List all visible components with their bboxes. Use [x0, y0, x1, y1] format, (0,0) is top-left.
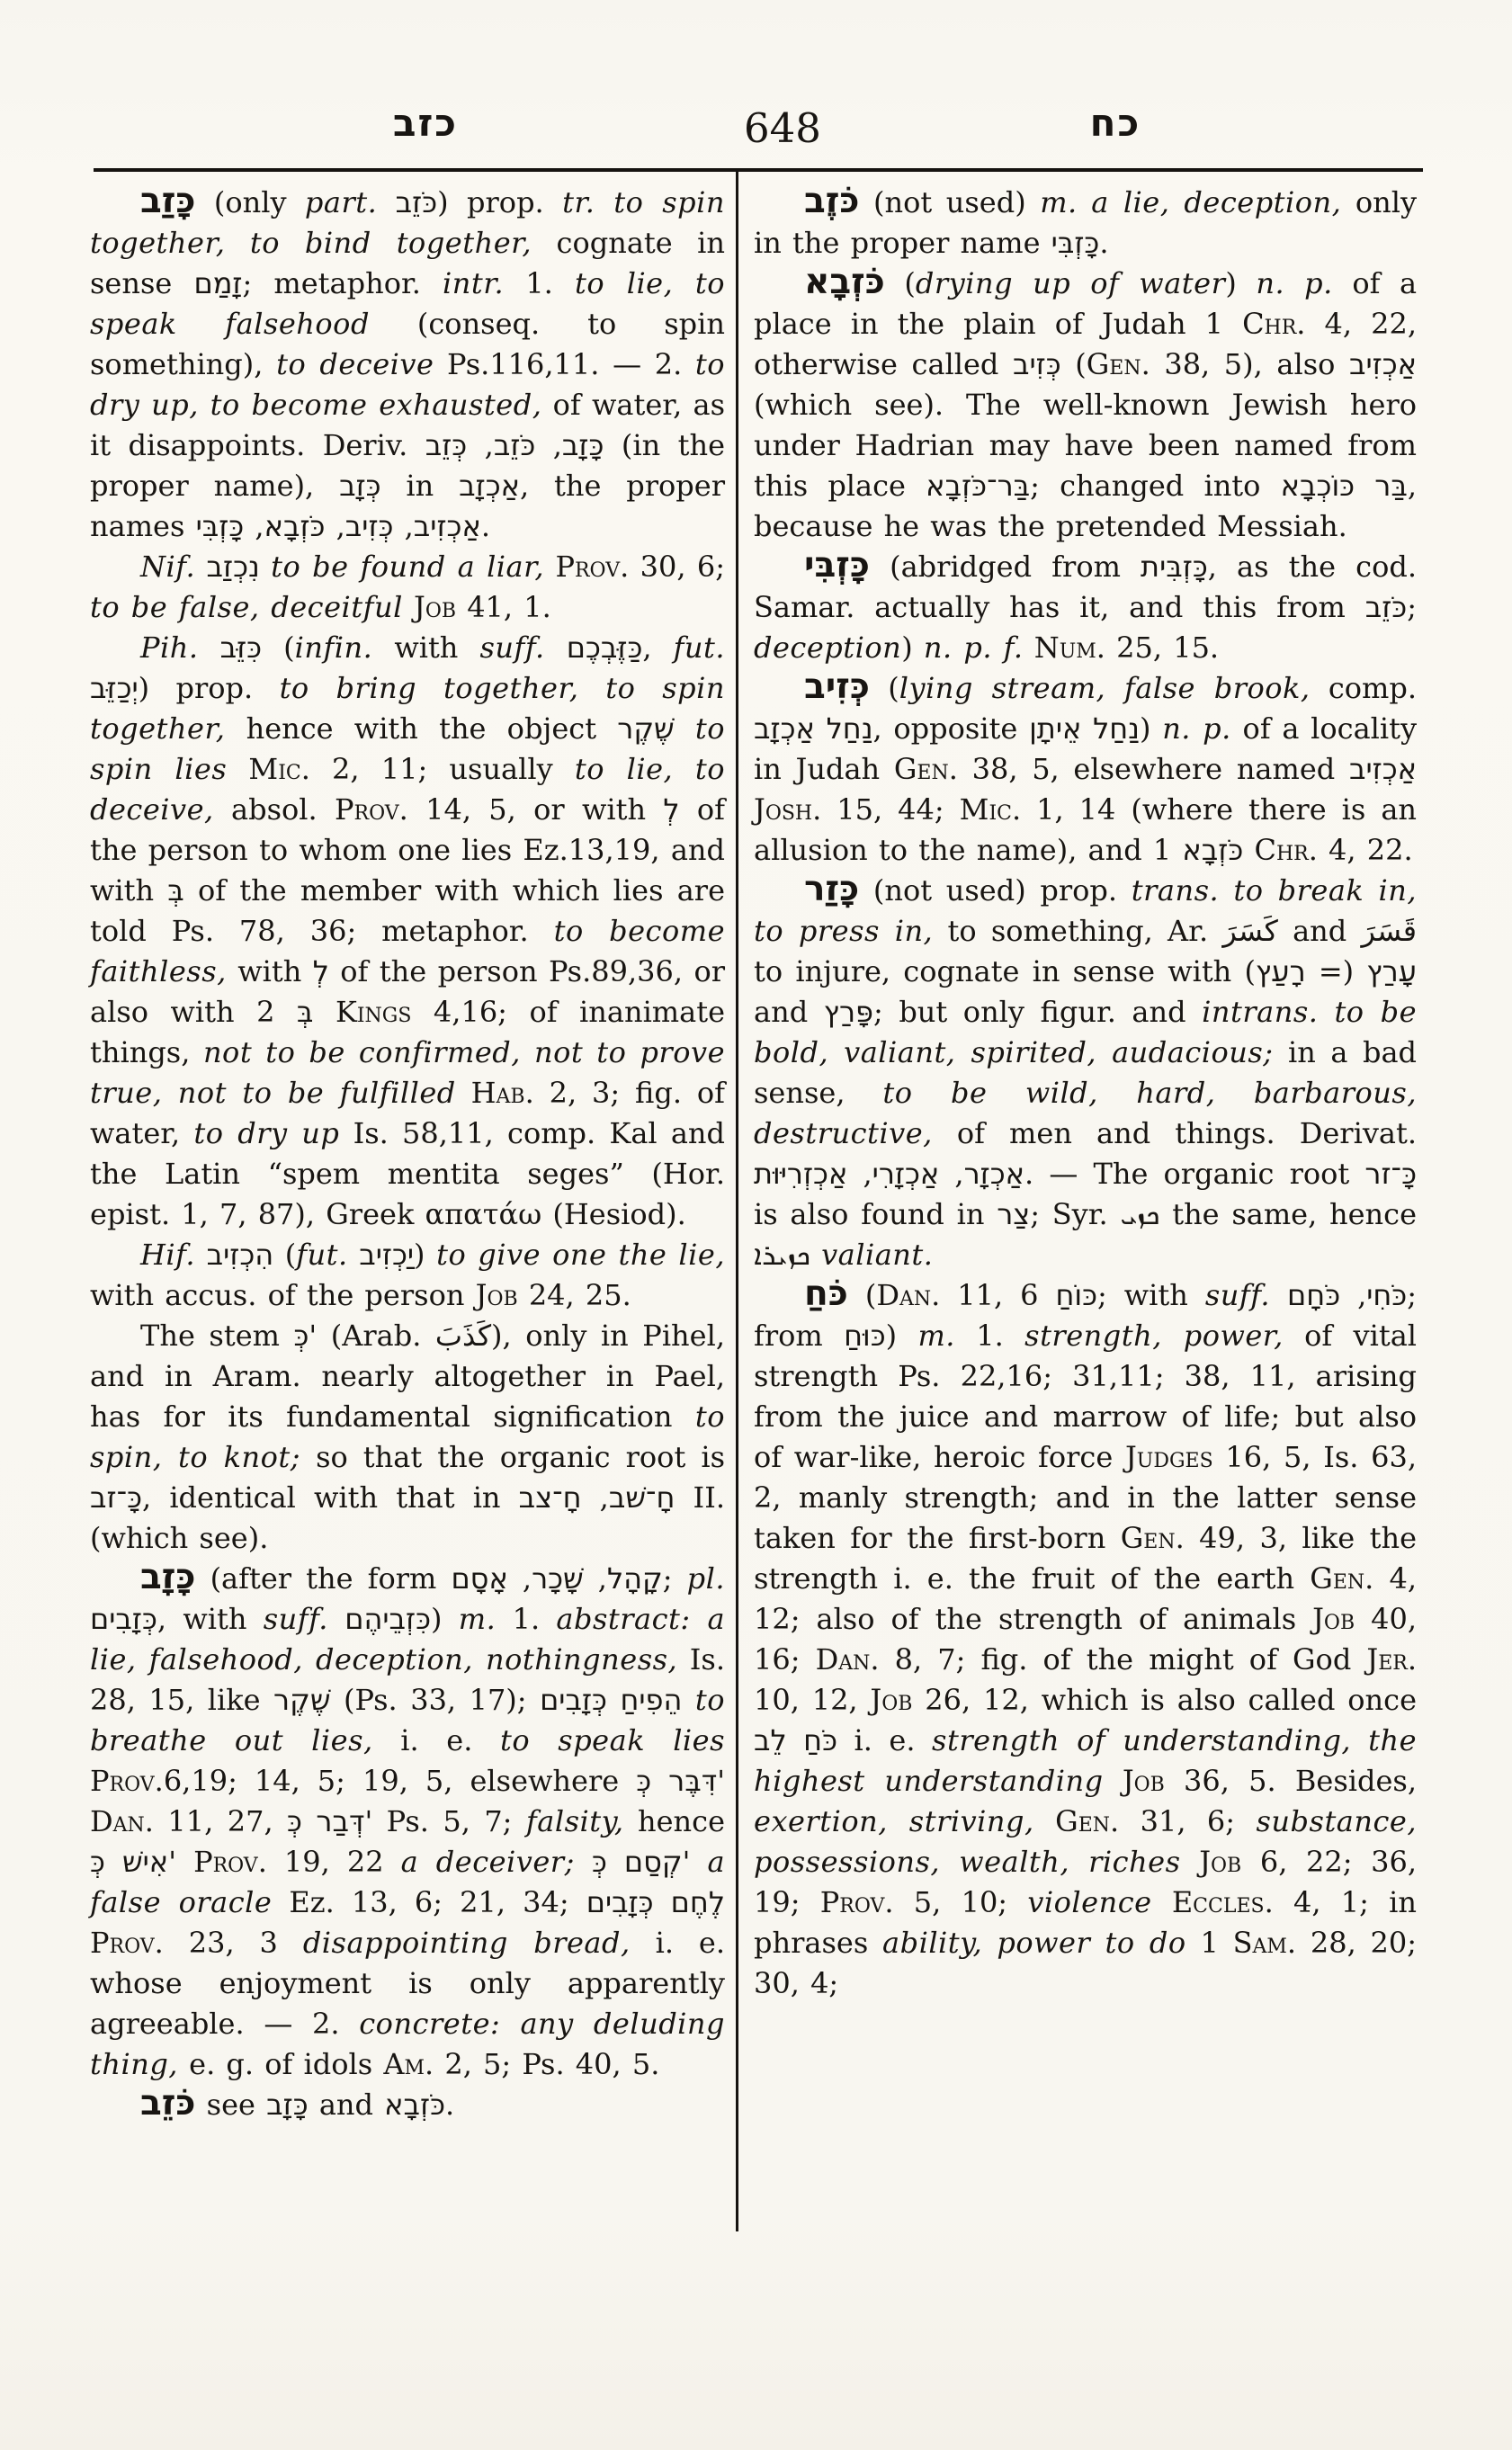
dictionary-page: כזב 648 כח כָּזַב (only part. כֹּזֵב) pr… — [0, 0, 1512, 2450]
header-catchword-left: כזב — [327, 101, 524, 145]
left-column: כָּזַב (only part. כֹּזֵב) prop. tr. to … — [90, 183, 725, 2125]
entry-paragraph: כָּזְבִּי (abridged from כָּזְבִּית, as … — [754, 547, 1417, 668]
entry-paragraph: Nif. נִכְזַב to be found a liar, Prov. 3… — [90, 547, 725, 628]
entry-headword: כֹּזֵב — [140, 2083, 196, 2124]
page-number: 648 — [684, 104, 881, 152]
entry-headword: כָּזְבִּי — [804, 545, 870, 586]
entry-paragraph: כְּזִיב (lying stream, false brook, comp… — [754, 668, 1417, 871]
entry-headword: כְּזִיב — [804, 666, 870, 707]
entry-paragraph: Hif. הִכְזִיב (fut. יַכְזִיב) to give on… — [90, 1235, 725, 1316]
entry-headword: כָּזַר — [804, 869, 859, 909]
header-catchword-right: כח — [1016, 101, 1214, 145]
right-column: כֹּזֶב (not used) m. a lie, deception, o… — [754, 183, 1417, 2004]
entry-headword: כֹּזֶב — [804, 181, 860, 221]
entry-paragraph: כֹּחַ (Dan. 11, 6 כּוֹחַ; with suff. כֹּ… — [754, 1275, 1417, 2004]
entry-headword: כֹּזְבָא — [804, 262, 885, 302]
entry-paragraph: כָּזָב (after the form קָהָל, שָׁכָר, אָ… — [90, 1559, 725, 2085]
entry-paragraph: כֹּזֵב see כָּזָב and כֹּזְבָא. — [90, 2085, 725, 2125]
entry-paragraph: Pih. כִּזֵּב (infin. with suff. כַּזֶּבְ… — [90, 628, 725, 1235]
entry-headword: כָּזָב — [140, 1557, 196, 1597]
entry-paragraph: כֹּזְבָא (drying up of water) n. p. of a… — [754, 264, 1417, 547]
entry-paragraph: כָּזַב (only part. כֹּזֵב) prop. tr. to … — [90, 183, 725, 547]
entry-headword: כָּזַב — [140, 181, 196, 221]
entry-headword: כֹּחַ — [804, 1274, 848, 1314]
entry-paragraph: כָּזַר (not used) prop. trans. to break … — [754, 871, 1417, 1275]
entry-paragraph: The stem כְּ' (Arab. كَذَبَ), only in Pi… — [90, 1316, 725, 1559]
header-rule — [94, 168, 1423, 172]
column-divider-rule — [736, 172, 738, 2231]
entry-paragraph: כֹּזֶב (not used) m. a lie, deception, o… — [754, 183, 1417, 264]
